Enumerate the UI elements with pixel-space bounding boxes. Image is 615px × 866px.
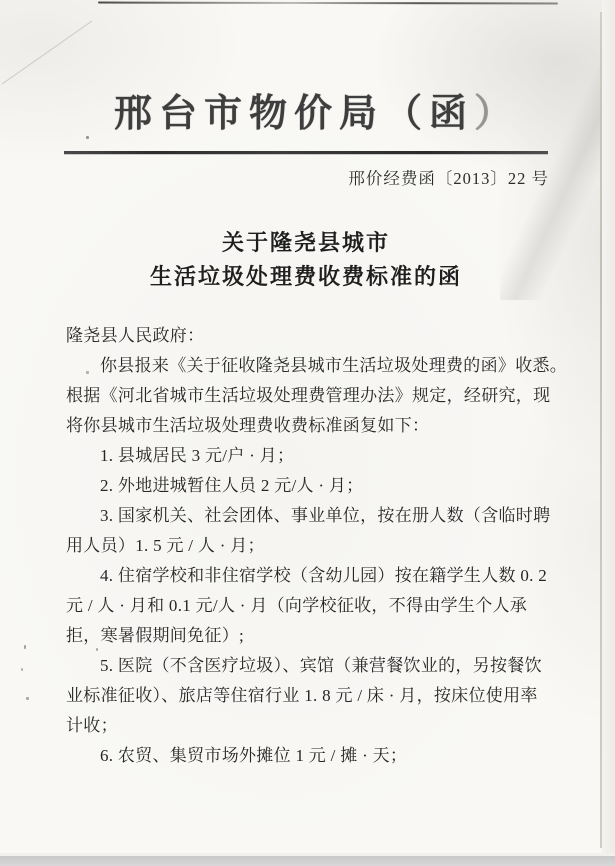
- agency-letterhead-closing-paren: ）: [474, 93, 519, 135]
- body-line: 将你县城市生活垃圾处理费收费标准函复如下：: [66, 411, 552, 441]
- body-line: 计收；: [66, 711, 552, 741]
- agency-letterhead-text: 邢台市物价局（函: [114, 93, 474, 135]
- salutation-line: 隆尧县人民政府：: [66, 321, 552, 351]
- list-item-2: 2. 外地进城暂住人员 2 元/人 · 月；: [66, 471, 552, 501]
- list-item-1: 1. 县城居民 3 元/户 · 月；: [66, 441, 552, 471]
- scanned-document-page: 邢台市物价局（函） 邢价经费函〔2013〕22 号 关于隆尧县城市 生活垃圾处理…: [0, 0, 615, 866]
- document-title-line1: 关于隆尧县城市: [0, 226, 612, 260]
- document-reference-number: 邢价经费函〔2013〕22 号: [348, 165, 549, 189]
- list-item-5: 5. 医院（不含医疗垃圾）、宾馆（兼营餐饮业的，另按餐饮: [66, 651, 552, 681]
- scan-top-edge-artifact: [98, 2, 558, 5]
- body-line: 拒，寒暑假期间免征）;: [66, 621, 552, 651]
- scanner-bottom-band: [0, 856, 615, 866]
- scan-speck: [26, 697, 29, 700]
- paper-fold-mark: [2, 21, 93, 85]
- body-line: 用人员）1. 5 元 / 人 · 月；: [66, 531, 552, 561]
- scanner-background-strip: [602, 0, 615, 866]
- document-title-line2: 生活垃圾处理费收费标准的函: [0, 260, 612, 294]
- body-line: 你县报来《关于征收隆尧县城市生活垃圾处理费的函》收悉。: [66, 351, 552, 381]
- document-title: 关于隆尧县城市 生活垃圾处理费收费标准的函: [0, 226, 612, 294]
- agency-letterhead: 邢台市物价局（函）: [114, 82, 519, 137]
- scan-speck: [21, 668, 23, 671]
- body-line: 业标准征收）、旅店等住宿行业 1. 8 元 / 床 · 月，按床位使用率: [66, 681, 552, 711]
- body-line: 元 / 人 · 月和 0.1 元/人 · 月（向学校征收，不得由学生个人承: [66, 591, 552, 621]
- letterhead-divider-rule: [64, 151, 548, 154]
- body-line: 根据《河北省城市生活垃圾处理费管理办法》规定，经研究，现: [66, 381, 552, 411]
- document-body: 隆尧县人民政府： 你县报来《关于征收隆尧县城市生活垃圾处理费的函》收悉。 根据《…: [66, 321, 552, 771]
- scan-speck: [24, 645, 26, 649]
- scan-speck: [86, 136, 89, 139]
- list-item-4: 4. 住宿学校和非住宿学校（含幼儿园）按在籍学生人数 0. 2: [66, 561, 552, 591]
- list-item-3: 3. 国家机关、社会团体、事业单位，按在册人数（含临时聘: [66, 501, 552, 531]
- list-item-6: 6. 农贸、集贸市场外摊位 1 元 / 摊 · 天；: [66, 741, 552, 771]
